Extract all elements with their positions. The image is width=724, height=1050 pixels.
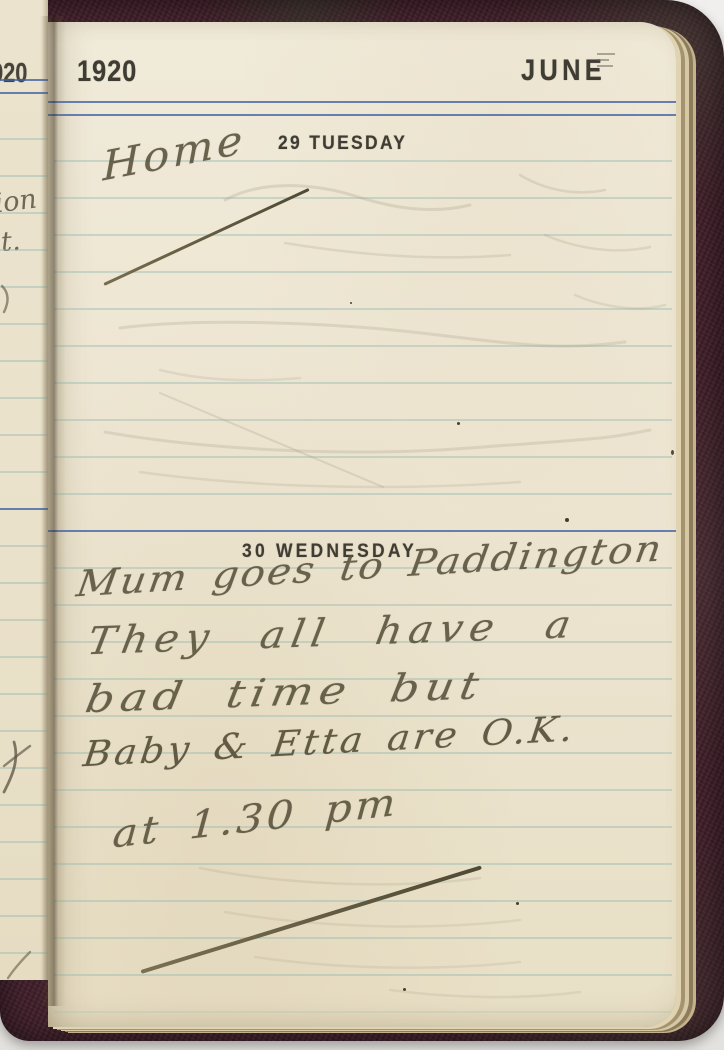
left-page-year-stamp: 920 bbox=[0, 57, 27, 89]
section-rule-line bbox=[0, 508, 48, 510]
diary-photo: 920 tion t. 19 bbox=[0, 0, 724, 1050]
rule-line bbox=[0, 434, 48, 436]
month-stamp: JUNE bbox=[521, 54, 606, 88]
rule-line bbox=[0, 360, 48, 362]
left-page-ink-fragment: tion bbox=[0, 184, 39, 221]
bleed-print-line bbox=[597, 65, 613, 67]
ink-speck bbox=[671, 450, 674, 455]
rule-line bbox=[0, 249, 48, 251]
bleed-through-print bbox=[597, 53, 615, 71]
rule-line bbox=[0, 175, 48, 177]
rule-line bbox=[0, 730, 48, 732]
rule-line bbox=[54, 419, 672, 421]
rule-line bbox=[0, 323, 48, 325]
rule-line bbox=[54, 974, 672, 976]
left-page-edge: 920 tion t. bbox=[0, 0, 48, 980]
ink-speck bbox=[350, 302, 352, 304]
rule-line bbox=[54, 197, 672, 199]
header-rule-line bbox=[0, 92, 48, 94]
rule-line bbox=[0, 804, 48, 806]
ink-speck bbox=[403, 988, 406, 991]
header-rule-line bbox=[48, 114, 676, 116]
ink-speck bbox=[565, 518, 569, 522]
rule-line bbox=[54, 456, 672, 458]
bleed-print-line bbox=[597, 59, 609, 61]
rule-line bbox=[0, 693, 48, 695]
rule-line bbox=[0, 286, 48, 288]
rule-line bbox=[0, 397, 48, 399]
date-header-29-tuesday: 29 TUESDAY bbox=[278, 133, 407, 155]
rule-line bbox=[54, 863, 672, 865]
rule-line bbox=[0, 952, 48, 954]
rule-line bbox=[0, 582, 48, 584]
rule-line bbox=[0, 212, 48, 214]
ink-speck bbox=[516, 902, 519, 905]
section-rule-line bbox=[48, 530, 676, 532]
header-rule-line bbox=[0, 79, 48, 81]
rule-line bbox=[54, 308, 672, 310]
year-stamp: 1920 bbox=[77, 55, 137, 89]
rule-line bbox=[0, 138, 48, 140]
rule-line bbox=[0, 471, 48, 473]
bleed-print-line bbox=[597, 53, 615, 55]
rule-line bbox=[54, 271, 672, 273]
rule-line bbox=[0, 656, 48, 658]
rule-line bbox=[0, 619, 48, 621]
header-rule-line bbox=[48, 101, 676, 103]
rule-line bbox=[0, 841, 48, 843]
rule-line bbox=[54, 1011, 672, 1013]
rule-line bbox=[54, 345, 672, 347]
rule-line bbox=[0, 915, 48, 917]
ink-speck bbox=[457, 422, 460, 425]
rule-line bbox=[54, 234, 672, 236]
rule-line bbox=[0, 878, 48, 880]
left-page-ink-fragment: t. bbox=[0, 226, 22, 258]
rule-line bbox=[54, 493, 672, 495]
rule-line bbox=[54, 937, 672, 939]
rule-line bbox=[0, 767, 48, 769]
rule-line bbox=[54, 382, 672, 384]
rule-line bbox=[0, 545, 48, 547]
